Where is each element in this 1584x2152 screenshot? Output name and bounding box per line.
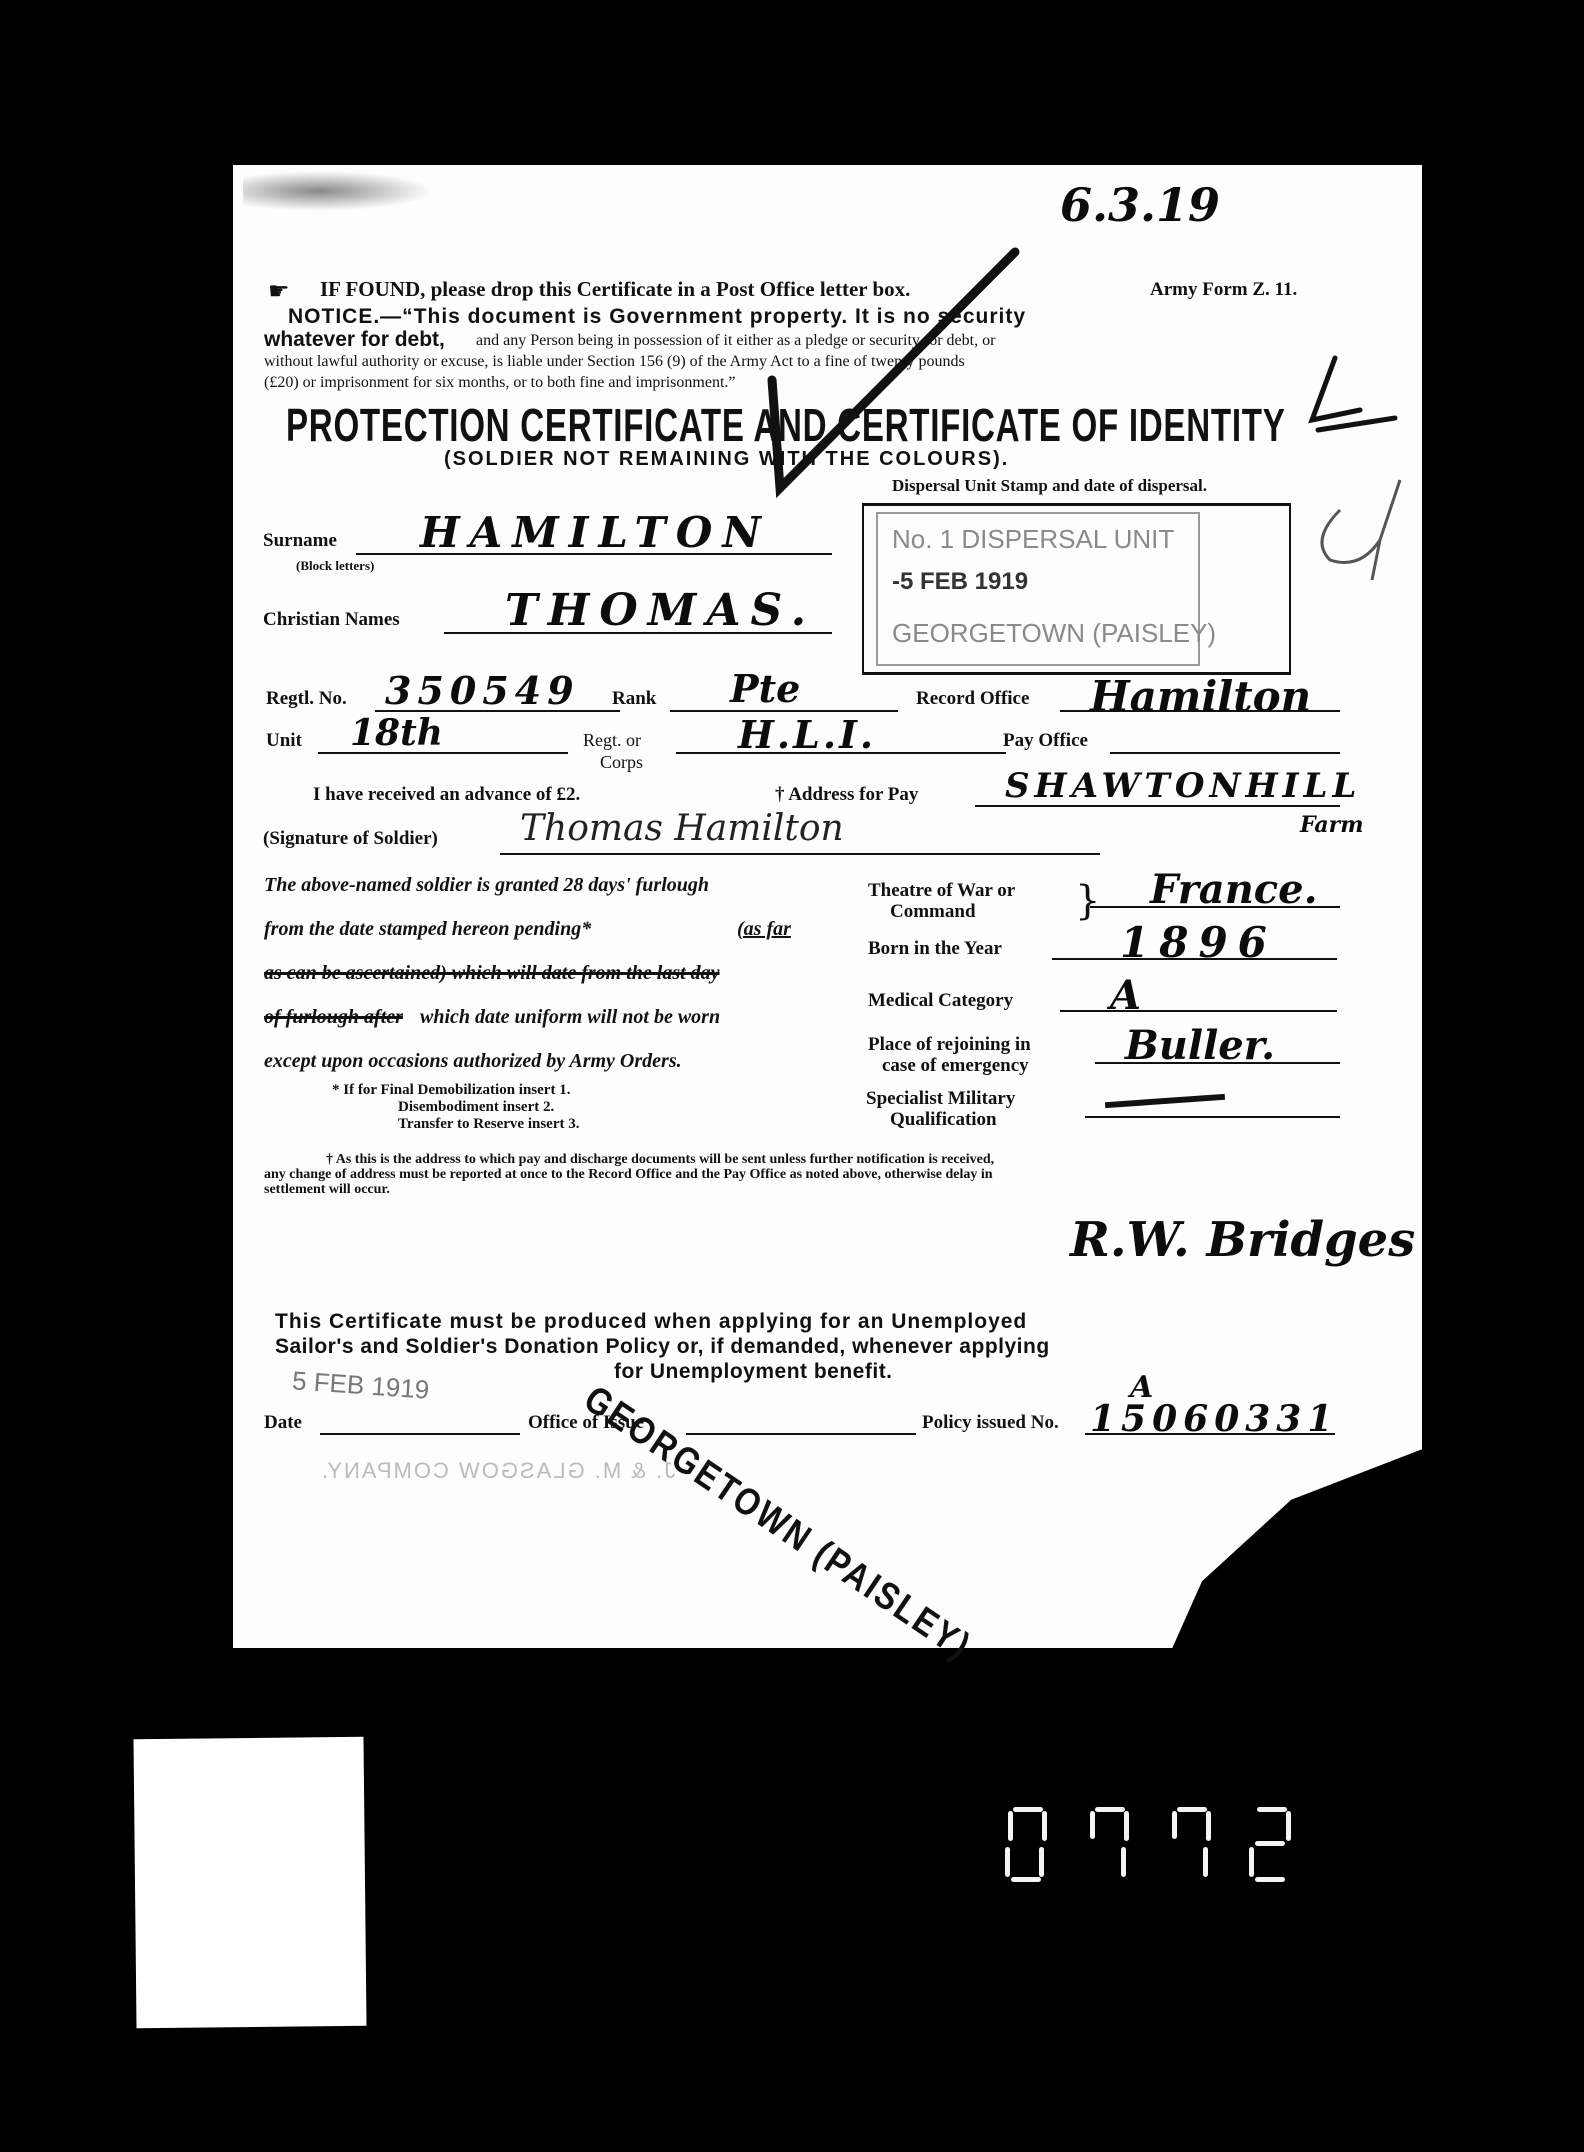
mirrored-printer-text: J. & M. GLASGOW COMPANY. bbox=[320, 1458, 675, 1484]
address-value-2: Farm bbox=[1300, 812, 1364, 838]
address-note-2: any change of address must be reported a… bbox=[264, 1167, 993, 1183]
insert-note-3: Transfer to Reserve insert 3. bbox=[398, 1116, 579, 1133]
theatre-label-2: Command bbox=[868, 901, 1015, 922]
pay-office-label: Pay Office bbox=[1003, 730, 1088, 752]
specialist-label-1: Specialist Military bbox=[866, 1088, 1015, 1109]
dispersal-stamp: No. 1 DISPERSAL UNIT -5 FEB 1919 GEORGET… bbox=[876, 512, 1200, 666]
furlough-line-4a: of furlough after bbox=[264, 1006, 403, 1029]
furlough-line-4b: which date uniform will not be worn bbox=[420, 1006, 720, 1029]
address-label: † Address for Pay bbox=[775, 784, 918, 806]
furlough-line-2a: from the date stamped hereon pending* bbox=[264, 918, 591, 941]
signature-line bbox=[500, 853, 1100, 855]
dispersal-stamp-box: No. 1 DISPERSAL UNIT -5 FEB 1919 GEORGET… bbox=[862, 503, 1291, 675]
surname-sublabel: (Block letters) bbox=[296, 558, 374, 574]
medical-value: A bbox=[1110, 972, 1141, 1019]
insert-note-1: * If for Final Demobilization insert 1. bbox=[332, 1082, 570, 1099]
officer-signature: R.W. Bridges bbox=[1070, 1212, 1415, 1268]
policy-number: 15060331 bbox=[1090, 1398, 1338, 1440]
born-value: 1896 bbox=[1120, 918, 1277, 967]
soldier-signature: Thomas Hamilton bbox=[520, 808, 844, 849]
christian-names-value: THOMAS. bbox=[505, 585, 816, 636]
date-line bbox=[320, 1433, 520, 1435]
theatre-label: Theatre of War or Command bbox=[868, 880, 1015, 922]
rejoin-label: Place of rejoining in case of emergency bbox=[868, 1034, 1031, 1076]
specialist-label: Specialist Military Qualification bbox=[866, 1088, 1015, 1130]
record-office-label: Record Office bbox=[916, 688, 1029, 710]
christian-names-label: Christian Names bbox=[263, 609, 400, 631]
stamp-location: GEORGETOWN (PAISLEY) bbox=[892, 618, 1216, 649]
surname-label: Surname bbox=[263, 530, 337, 552]
furlough-line-1: The above-named soldier is granted 28 da… bbox=[264, 874, 709, 897]
date-label: Date bbox=[264, 1412, 302, 1434]
image-number-display: 0772 bbox=[1005, 1807, 1295, 1882]
rejoin-label-2: case of emergency bbox=[868, 1055, 1031, 1076]
rank-label: Rank bbox=[612, 688, 656, 710]
insert-note-2: Disembodiment insert 2. bbox=[398, 1099, 554, 1116]
rank-value: Pte bbox=[730, 666, 800, 711]
theatre-label-1: Theatre of War or bbox=[868, 880, 1015, 901]
address-note-1: † As this is the address to which pay an… bbox=[326, 1152, 994, 1168]
unit-label: Unit bbox=[266, 730, 302, 752]
pay-office-line bbox=[1110, 752, 1340, 754]
regt-label: Regt. or bbox=[583, 730, 641, 751]
regtl-no-value: 350549 bbox=[385, 668, 580, 713]
brace-icon: } bbox=[1075, 878, 1100, 924]
rejoin-value: Buller. bbox=[1125, 1022, 1275, 1069]
signature-label: (Signature of Soldier) bbox=[263, 828, 438, 850]
advance-text: I have received an advance of £2. bbox=[313, 784, 580, 806]
record-office-value: Hamilton bbox=[1090, 672, 1311, 721]
address-note-3: settlement will occur. bbox=[264, 1182, 390, 1198]
white-card bbox=[133, 1737, 366, 2028]
medical-label: Medical Category bbox=[868, 990, 1013, 1012]
stamp-date: -5 FEB 1919 bbox=[892, 568, 1028, 596]
unit-value: 18th bbox=[350, 712, 443, 754]
office-of-issue-line bbox=[686, 1433, 916, 1435]
regtl-no-label: Regtl. No. bbox=[266, 688, 347, 710]
policy-label: Policy issued No. bbox=[922, 1412, 1059, 1434]
rejoin-label-1: Place of rejoining in bbox=[868, 1034, 1031, 1055]
production-notice-2: Sailor's and Soldier's Donation Policy o… bbox=[275, 1335, 1050, 1359]
production-notice-1: This Certificate must be produced when a… bbox=[275, 1310, 1027, 1334]
address-value: SHAWTONHILL bbox=[1005, 766, 1361, 806]
specialist-line bbox=[1085, 1116, 1340, 1118]
stamp-unit-line: No. 1 DISPERSAL UNIT bbox=[892, 524, 1174, 555]
surname-value: HAMILTON bbox=[420, 508, 771, 557]
theatre-value: France. bbox=[1150, 866, 1318, 913]
furlough-line-2b: (as far bbox=[737, 918, 791, 941]
furlough-line-5: except upon occasions authorized by Army… bbox=[264, 1050, 682, 1073]
medical-line bbox=[1060, 1010, 1337, 1012]
furlough-line-3: as can be ascertained) which will date f… bbox=[264, 962, 720, 985]
regt-value: H.L.I. bbox=[738, 712, 876, 757]
born-label: Born in the Year bbox=[868, 938, 1002, 960]
specialist-label-2: Qualification bbox=[866, 1109, 1015, 1130]
corps-label: Corps bbox=[600, 752, 643, 773]
stamp-box-label: Dispersal Unit Stamp and date of dispers… bbox=[892, 476, 1207, 496]
production-notice-3: for Unemployment benefit. bbox=[614, 1360, 893, 1384]
